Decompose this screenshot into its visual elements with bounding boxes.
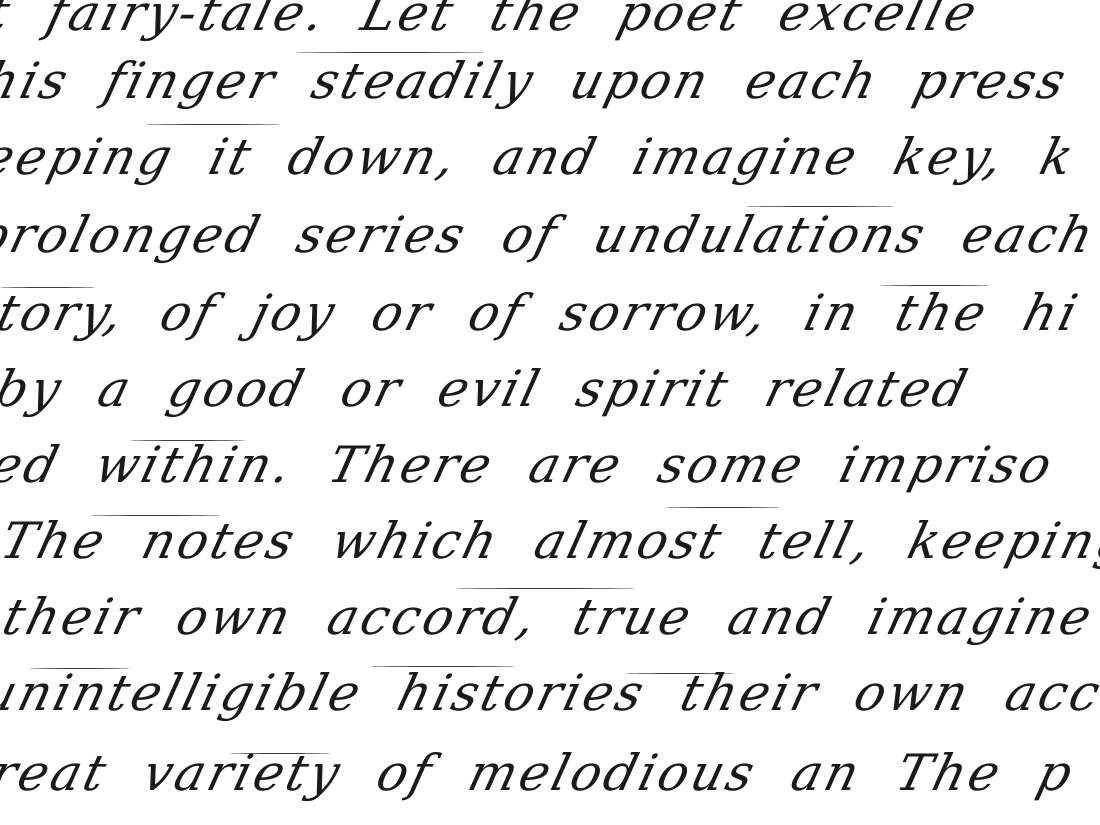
script-line-9: their own accord, true and imagine — [0, 592, 1099, 642]
script-line-7: ed within. There are some impriso — [0, 440, 1059, 490]
script-line-2: his finger steadily upon each press n — [0, 56, 1100, 106]
crossbar-flourish-the — [880, 285, 990, 286]
crossbar-flourish-undulations — [745, 206, 895, 207]
script-line-4: prolonged series of undulations each p — [0, 210, 1100, 260]
script-line-8: The notes which almost tell, keeping — [0, 516, 1100, 566]
crossbar-flourish-variety — [230, 753, 330, 754]
crossbar-flourish-steadily — [295, 52, 485, 53]
crossbar-flourish-notes — [90, 515, 220, 516]
script-line-3: eeping it down, and imagine key, k — [0, 132, 1081, 182]
crossbar-flourish-it — [145, 124, 280, 125]
script-line-11: reat variety of melodious an The p — [0, 748, 1080, 798]
script-line-1: t fairy-tale. Let the poet excelle — [0, 0, 984, 38]
crossbar-flourish-true — [455, 588, 635, 589]
crossbar-flourish-their — [625, 673, 735, 674]
crossbar-flourish-within — [130, 440, 245, 441]
handwritten-page: t fairy-tale. Let the poet excelle his f… — [0, 0, 1100, 825]
script-line-5: tory, of joy or of sorrow, in the hi — [0, 288, 1085, 338]
crossbar-flourish-histories — [370, 666, 515, 667]
script-line-6: by a good or evil spirit related — [0, 364, 975, 414]
crossbar-flourish-story — [0, 287, 95, 288]
crossbar-flourish-intelligible — [30, 668, 130, 669]
script-line-10: unintelligible histories their own accor… — [0, 668, 1100, 718]
crossbar-flourish-tell — [665, 507, 780, 508]
